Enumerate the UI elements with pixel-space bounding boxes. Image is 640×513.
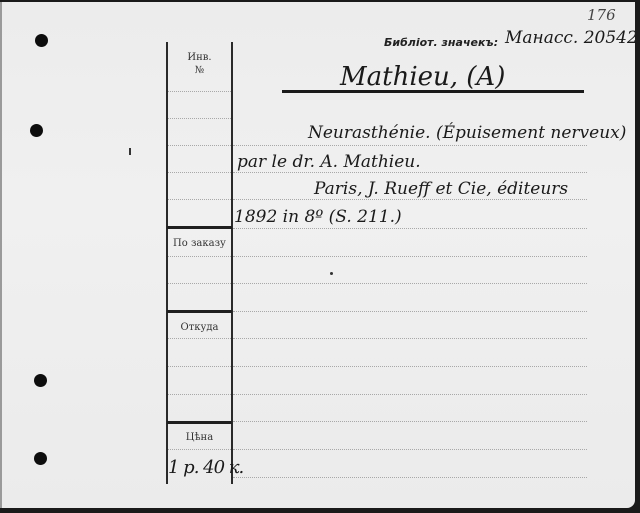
entry-publisher: Paris, J. Rueff et Cie, éditeurs bbox=[314, 179, 568, 199]
column-rule bbox=[168, 366, 231, 367]
column-rule bbox=[168, 283, 231, 284]
corner-number: 176 bbox=[587, 6, 616, 24]
punch-hole-3 bbox=[34, 374, 47, 387]
column-right-rule bbox=[231, 42, 233, 484]
body-rule bbox=[233, 311, 587, 312]
entry-imprint: 1892 in 8º (S. 211.) bbox=[234, 207, 402, 227]
punch-hole-4 bbox=[34, 452, 47, 465]
column-rule bbox=[168, 256, 231, 257]
column-rule bbox=[168, 172, 231, 173]
stray-dot bbox=[330, 272, 333, 275]
source-label: Откуда bbox=[168, 322, 231, 333]
column-rule bbox=[168, 145, 231, 146]
column-rule bbox=[168, 91, 231, 92]
body-rule bbox=[233, 199, 587, 200]
entry-title: Neurasthénie. (Épuisement nerveux) bbox=[308, 123, 626, 143]
column-rule bbox=[168, 118, 231, 119]
order-label: По заказу bbox=[168, 238, 231, 249]
body-rule bbox=[233, 228, 587, 229]
body-rule bbox=[233, 366, 587, 367]
body-rule bbox=[233, 256, 587, 257]
column-rule bbox=[168, 449, 231, 450]
body-rule bbox=[233, 172, 587, 173]
entry-author-line: par le dr. A. Mathieu. bbox=[237, 152, 421, 172]
inv-no-label: № bbox=[168, 65, 231, 76]
column-rule bbox=[168, 394, 231, 395]
punch-hole-2 bbox=[30, 124, 43, 137]
shelfmark-label: Библіот. значекъ: bbox=[384, 36, 498, 49]
column-rule bbox=[168, 338, 231, 339]
stray-mark bbox=[129, 148, 131, 155]
price-label: Цѣна bbox=[168, 432, 231, 443]
shelfmark-value: Манасс. 20542 bbox=[505, 28, 635, 48]
body-rule bbox=[233, 283, 587, 284]
body-rule bbox=[233, 421, 587, 422]
body-rule bbox=[233, 449, 587, 450]
section-divider-price bbox=[167, 421, 232, 424]
author-underline bbox=[282, 90, 584, 93]
body-rule bbox=[233, 394, 587, 395]
author-heading: Mathieu, (A) bbox=[340, 62, 505, 92]
column-left-rule bbox=[166, 42, 168, 484]
section-divider-order bbox=[167, 226, 232, 229]
punch-hole-1 bbox=[35, 34, 48, 47]
section-divider-source bbox=[167, 310, 232, 313]
body-rule bbox=[233, 477, 587, 478]
catalog-card: Библіот. значекъ: Манасс. 20542 176 Math… bbox=[0, 2, 635, 508]
price-value: 1 р. 40 к. bbox=[168, 457, 243, 478]
body-rule bbox=[233, 338, 587, 339]
column-rule bbox=[168, 199, 231, 200]
body-rule bbox=[233, 145, 587, 146]
inv-label: Инв. bbox=[168, 52, 231, 63]
